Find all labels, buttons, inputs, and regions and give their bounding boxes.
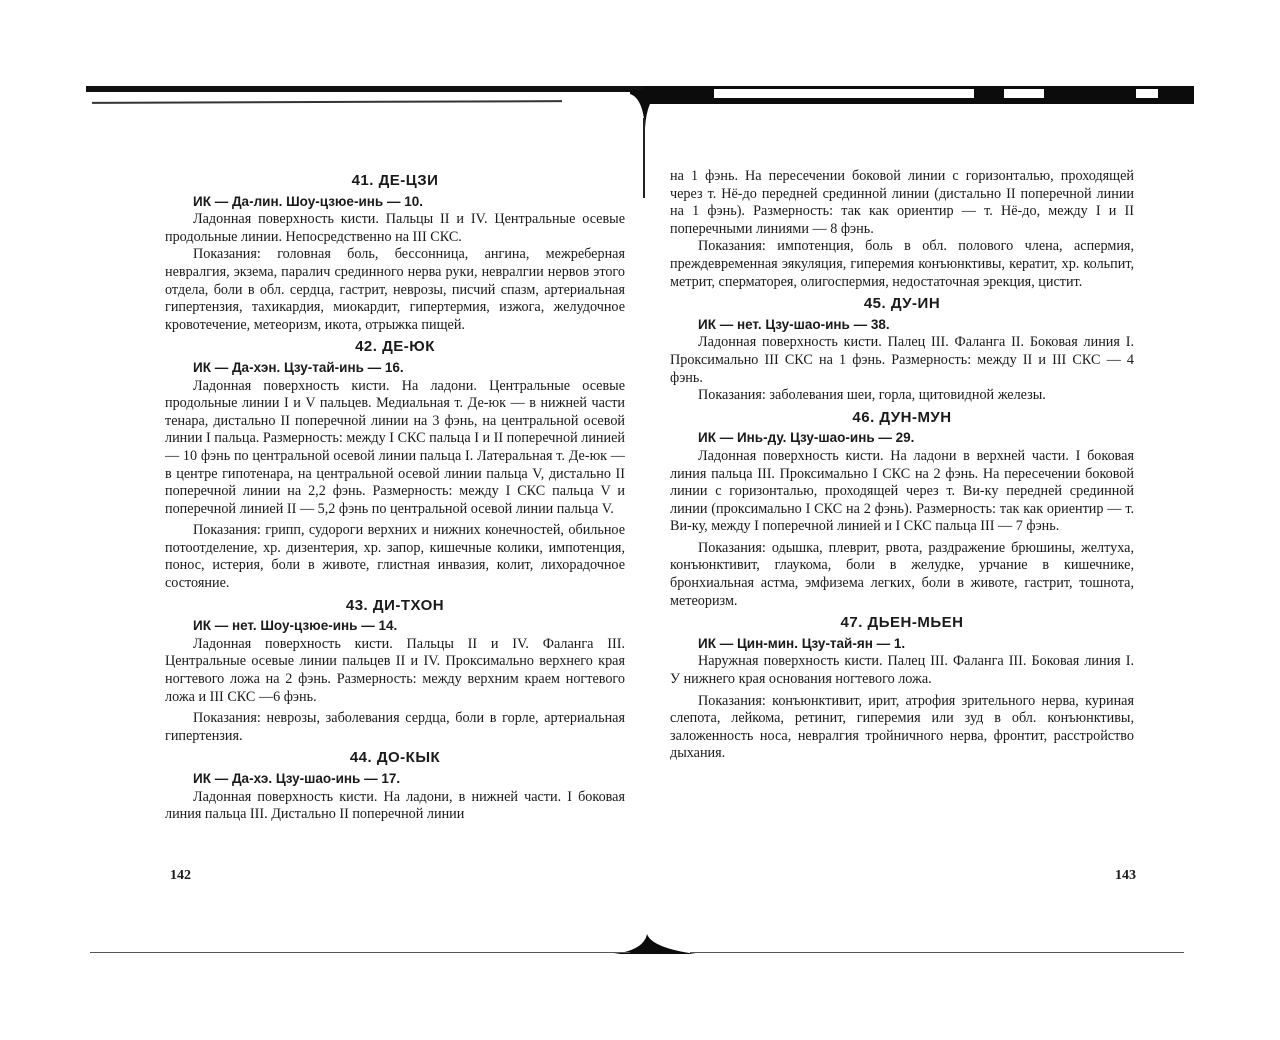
section-paragraph: Ладонная поверхность кисти. Палец III. Ф… <box>670 334 1134 387</box>
section-paragraph: Ладонная поверхность кисти. На ладони, в… <box>165 789 625 824</box>
section-paragraph: Ладонная поверхность кисти. Пальцы II и … <box>165 636 625 706</box>
section-46: 46. ДУН-МУН ИК — Инь-ду. Цзу-шао-инь — 2… <box>670 409 1134 611</box>
section-47: 47. ДЬЕН-МЬЕН ИК — Цин-мин. Цзу-тай-ян —… <box>670 614 1134 763</box>
page-number-right: 143 <box>1115 868 1136 884</box>
scan-top-border-left <box>86 86 644 92</box>
section-paragraph: Ладонная поверхность кисти. Пальцы II и … <box>165 211 625 246</box>
section-title: 42. ДЕ-ЮК <box>165 338 625 356</box>
scan-top-border-right <box>644 86 1194 104</box>
scan-bottom-edge-left <box>90 952 630 953</box>
section-ik-line: ИК — Да-хэ. Цзу-шао-инь — 17. <box>193 770 625 788</box>
section-ik-line: ИК — нет. Шоу-цзюе-инь — 14. <box>193 617 625 635</box>
section-45: 45. ДУ-ИН ИК — нет. Цзу-шао-инь — 38. Ла… <box>670 295 1134 405</box>
section-ik-line: ИК — Да-лин. Шоу-цзюе-инь — 10. <box>193 193 625 211</box>
section-ik-line: ИК — Цин-мин. Цзу-тай-ян — 1. <box>698 635 1134 653</box>
book-spine-top <box>630 90 660 130</box>
section-paragraph: Ладонная поверхность кисти. На ладони в … <box>670 448 1134 536</box>
section-indications: Показания: импотенция, боль в обл. полов… <box>670 238 1134 291</box>
section-title: 45. ДУ-ИН <box>670 295 1134 313</box>
section-paragraph: Ладонная поверхность кисти. На ладони. Ц… <box>165 378 625 519</box>
section-44-continuation: на 1 фэнь. На пересечении боковой линии … <box>670 168 1134 291</box>
page-number-left: 142 <box>170 868 191 884</box>
section-indications: Показания: головная боль, бессонница, ан… <box>165 246 625 334</box>
section-41: 41. ДЕ-ЦЗИ ИК — Да-лин. Шоу-цзюе-инь — 1… <box>165 172 625 334</box>
scan-top-rule-left <box>92 100 562 104</box>
section-title: 46. ДУН-МУН <box>670 409 1134 427</box>
continuation-paragraph: на 1 фэнь. На пересечении боковой линии … <box>670 168 1134 238</box>
section-43: 43. ДИ-ТХОН ИК — нет. Шоу-цзюе-инь — 14.… <box>165 597 625 746</box>
section-42: 42. ДЕ-ЮК ИК — Да-хэн. Цзу-тай-инь — 16.… <box>165 338 625 592</box>
section-ik-line: ИК — Да-хэн. Цзу-тай-инь — 16. <box>193 359 625 377</box>
section-title: 44. ДО-КЫК <box>165 749 625 767</box>
right-page: на 1 фэнь. На пересечении боковой линии … <box>670 168 1134 763</box>
section-indications: Показания: грипп, судороги верхних и ниж… <box>165 522 625 592</box>
section-title: 43. ДИ-ТХОН <box>165 597 625 615</box>
section-indications: Показания: конъюнктивит, ирит, атрофия з… <box>670 693 1134 763</box>
section-title: 47. ДЬЕН-МЬЕН <box>670 614 1134 632</box>
section-ik-line: ИК — Инь-ду. Цзу-шао-инь — 29. <box>698 429 1134 447</box>
left-page: 41. ДЕ-ЦЗИ ИК — Да-лин. Шоу-цзюе-инь — 1… <box>165 168 625 824</box>
section-44: 44. ДО-КЫК ИК — Да-хэ. Цзу-шао-инь — 17.… <box>165 749 625 823</box>
section-indications: Показания: неврозы, заболевания сердца, … <box>165 710 625 745</box>
scan-bottom-edge-right <box>690 952 1184 953</box>
section-paragraph: Наружная поверхность кисти. Палец III. Ф… <box>670 653 1134 688</box>
section-ik-line: ИК — нет. Цзу-шао-инь — 38. <box>698 316 1134 334</box>
section-title: 41. ДЕ-ЦЗИ <box>165 172 625 190</box>
book-spine-line <box>643 118 645 198</box>
section-indications: Показания: заболевания шеи, горла, щитов… <box>670 387 1134 405</box>
section-indications: Показания: одышка, плеврит, рвота, раздр… <box>670 540 1134 610</box>
